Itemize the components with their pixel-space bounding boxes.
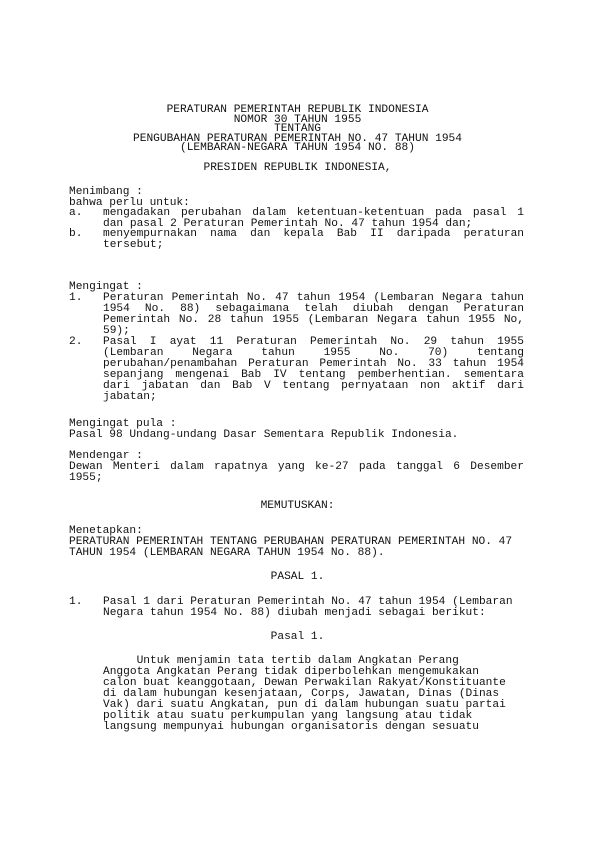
list-marker: b. bbox=[69, 229, 82, 240]
pasal-heading: PASAL 1. bbox=[0, 572, 595, 583]
list-item-line: dari jabatan dan Bab V tentang pernyataa… bbox=[103, 381, 524, 392]
list-item-line: jabatan; bbox=[103, 392, 157, 403]
menetapkan-line: TAHUN 1954 (LEMBARAN NEGARA TAHUN 1954 N… bbox=[69, 548, 385, 559]
mendengar-line: 1955; bbox=[69, 473, 103, 484]
list-item-line: tersebut; bbox=[103, 240, 163, 251]
body-line: langsung mempunyai hubungan organisatori… bbox=[103, 722, 479, 733]
list-item-line: Negara tahun 1954 No. 88) diubah menjadi… bbox=[103, 608, 486, 619]
list-marker: 1. bbox=[69, 597, 82, 608]
mendengar-line: Dewan Menteri dalam rapatnya yang ke-27 … bbox=[69, 462, 524, 473]
list-item-line: menyempurnakan nama dan kepala Bab II da… bbox=[103, 229, 524, 240]
list-marker: 1. bbox=[69, 293, 82, 304]
list-marker: a. bbox=[69, 208, 82, 219]
doc-subject-ref: (LEMBARAN-NEGARA TAHUN 1954 NO. 88) bbox=[0, 143, 595, 154]
list-item-line: Pemerintah No. 28 tahun 1955 (Lembaran N… bbox=[103, 315, 524, 326]
memutuskan-heading: MEMUTUSKAN: bbox=[0, 501, 595, 512]
president-heading: PRESIDEN REPUBLIK INDONESIA, bbox=[0, 163, 595, 174]
mengingat-pula-text: Pasal 98 Undang-undang Dasar Sementara R… bbox=[69, 430, 458, 441]
list-marker: 2. bbox=[69, 337, 82, 348]
sub-pasal-heading: Pasal 1. bbox=[0, 632, 595, 643]
document-page: PERATURAN PEMERINTAH REPUBLIK INDONESIA … bbox=[0, 0, 595, 842]
